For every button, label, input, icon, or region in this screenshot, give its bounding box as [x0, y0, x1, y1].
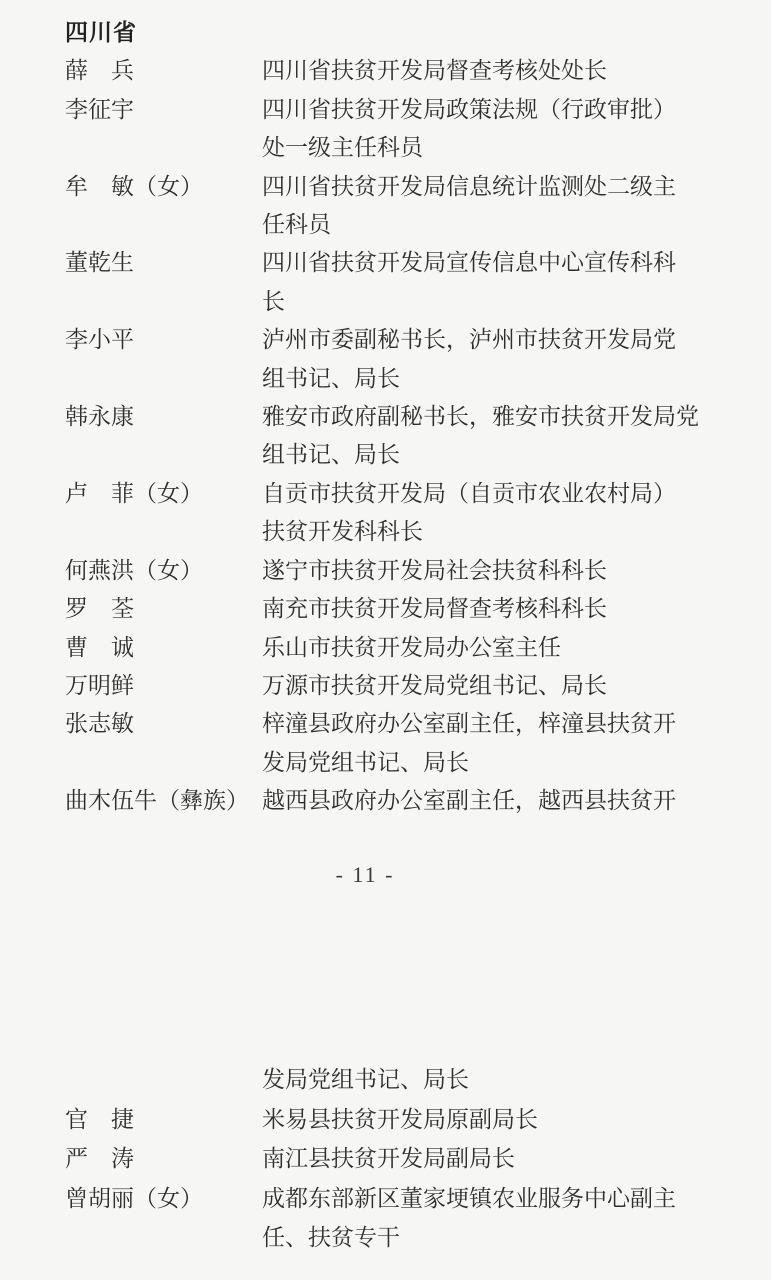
list-item: 韩永康 雅安市政府副秘书长，雅安市扶贫开发局党 组书记、局长: [65, 398, 731, 475]
person-title: 四川省扶贫开发局督查考核处处长: [262, 52, 731, 90]
person-title: 自贡市扶贫开发局（自贡市农业农村局） 扶贫开发科科长: [262, 475, 731, 552]
title-line: 乐山市扶贫开发局办公室主任: [262, 629, 731, 667]
title-line: 组书记、局长: [262, 360, 731, 398]
list-item: 李征宇 四川省扶贫开发局政策法规（行政审批） 处一级主任科员: [65, 91, 731, 168]
title-line: 自贡市扶贫开发局（自贡市农业农村局）: [262, 475, 731, 513]
list-item: 官 捷 米易县扶贫开发局原副局长: [65, 1100, 731, 1140]
title-line: 米易县扶贫开发局原副局长: [262, 1100, 731, 1140]
person-title: 梓潼县政府办公室副主任，梓潼县扶贫开 发局党组书记、局长: [262, 705, 731, 782]
list-item-continuation: 发局党组书记、局长: [65, 1060, 731, 1100]
title-line: 四川省扶贫开发局政策法规（行政审批）: [262, 91, 731, 129]
person-title: 四川省扶贫开发局信息统计监测处二级主 任科员: [262, 168, 731, 245]
page-number: - 11 -: [0, 860, 730, 890]
title-line: 泸州市委副秘书长，泸州市扶贫开发局党: [262, 321, 731, 359]
person-title: 越西县政府办公室副主任，越西县扶贫开: [262, 782, 731, 820]
person-name: 严 涛: [65, 1139, 262, 1179]
person-title: 乐山市扶贫开发局办公室主任: [262, 629, 731, 667]
title-line: 四川省扶贫开发局信息统计监测处二级主: [262, 168, 731, 206]
person-title: 泸州市委副秘书长，泸州市扶贫开发局党 组书记、局长: [262, 321, 731, 398]
title-line: 雅安市政府副秘书长，雅安市扶贫开发局党: [262, 398, 731, 436]
person-title: 成都东部新区董家埂镇农业服务中心副主 任、扶贫专干: [262, 1179, 731, 1258]
person-name: 李征宇: [65, 91, 262, 129]
person-name: 董乾生: [65, 244, 262, 282]
document-page: 四川省 薛 兵 四川省扶贫开发局督查考核处处长 李征宇 四川省扶贫开发局政策法规…: [0, 0, 771, 1280]
title-line: 组书记、局长: [262, 436, 731, 474]
list-item: 严 涛 南江县扶贫开发局副局长: [65, 1139, 731, 1179]
title-line: 四川省扶贫开发局督查考核处处长: [262, 52, 731, 90]
person-name: 何燕洪（女）: [65, 552, 262, 590]
title-line: 南江县扶贫开发局副局长: [262, 1139, 731, 1179]
title-line: 四川省扶贫开发局宣传信息中心宣传科科: [262, 244, 731, 282]
list-item: 卢 菲（女） 自贡市扶贫开发局（自贡市农业农村局） 扶贫开发科科长: [65, 475, 731, 552]
person-name: 万明鲜: [65, 667, 262, 705]
list-item: 董乾生 四川省扶贫开发局宣传信息中心宣传科科 长: [65, 244, 731, 321]
title-line: 扶贫开发科科长: [262, 513, 731, 551]
list-item: 曾胡丽（女） 成都东部新区董家埂镇农业服务中心副主 任、扶贫专干: [65, 1179, 731, 1258]
person-name: 薛 兵: [65, 52, 262, 90]
title-line: 长: [262, 283, 731, 321]
person-name: 韩永康: [65, 398, 262, 436]
title-line: 梓潼县政府办公室副主任，梓潼县扶贫开: [262, 705, 731, 743]
list-item: 罗 荃 南充市扶贫开发局督查考核科科长: [65, 590, 731, 628]
title-line: 遂宁市扶贫开发局社会扶贫科科长: [262, 552, 731, 590]
list-item: 何燕洪（女） 遂宁市扶贫开发局社会扶贫科科长: [65, 552, 731, 590]
title-line: 处一级主任科员: [262, 129, 731, 167]
page1-content: 四川省 薛 兵 四川省扶贫开发局督查考核处处长 李征宇 四川省扶贫开发局政策法规…: [65, 14, 731, 821]
title-continuation-line: 发局党组书记、局长: [262, 1060, 731, 1100]
person-title: 雅安市政府副秘书长，雅安市扶贫开发局党 组书记、局长: [262, 398, 731, 475]
person-title: 四川省扶贫开发局政策法规（行政审批） 处一级主任科员: [262, 91, 731, 168]
title-line: 万源市扶贫开发局党组书记、局长: [262, 667, 731, 705]
title-line: 南充市扶贫开发局督查考核科科长: [262, 590, 731, 628]
province-heading: 四川省: [65, 14, 731, 52]
title-line: 发局党组书记、局长: [262, 744, 731, 782]
person-title: 南充市扶贫开发局督查考核科科长: [262, 590, 731, 628]
person-name: 曹 诚: [65, 629, 262, 667]
person-title: 发局党组书记、局长: [262, 1060, 731, 1100]
list-item: 万明鲜 万源市扶贫开发局党组书记、局长: [65, 667, 731, 705]
person-title: 南江县扶贫开发局副局长: [262, 1139, 731, 1179]
title-line: 成都东部新区董家埂镇农业服务中心副主: [262, 1179, 731, 1219]
title-line: 越西县政府办公室副主任，越西县扶贫开: [262, 782, 731, 820]
person-name: 李小平: [65, 321, 262, 359]
list-item: 曲木伍牛（彝族） 越西县政府办公室副主任，越西县扶贫开: [65, 782, 731, 820]
list-item: 张志敏 梓潼县政府办公室副主任，梓潼县扶贫开 发局党组书记、局长: [65, 705, 731, 782]
page2-content: 发局党组书记、局长 官 捷 米易县扶贫开发局原副局长 严 涛 南江县扶贫开发局副…: [65, 1060, 731, 1258]
person-name: 曾胡丽（女）: [65, 1179, 262, 1219]
person-name: 张志敏: [65, 705, 262, 743]
title-line: 任、扶贫专干: [262, 1218, 731, 1258]
list-item: 薛 兵 四川省扶贫开发局督查考核处处长: [65, 52, 731, 90]
person-name: 曲木伍牛（彝族）: [65, 782, 262, 820]
person-title: 万源市扶贫开发局党组书记、局长: [262, 667, 731, 705]
person-name: 罗 荃: [65, 590, 262, 628]
list-item: 李小平 泸州市委副秘书长，泸州市扶贫开发局党 组书记、局长: [65, 321, 731, 398]
person-title: 遂宁市扶贫开发局社会扶贫科科长: [262, 552, 731, 590]
title-line: 任科员: [262, 206, 731, 244]
person-title: 米易县扶贫开发局原副局长: [262, 1100, 731, 1140]
list-item: 曹 诚 乐山市扶贫开发局办公室主任: [65, 629, 731, 667]
list-item: 牟 敏（女） 四川省扶贫开发局信息统计监测处二级主 任科员: [65, 168, 731, 245]
person-title: 四川省扶贫开发局宣传信息中心宣传科科 长: [262, 244, 731, 321]
person-name: 官 捷: [65, 1100, 262, 1140]
person-name: 牟 敏（女）: [65, 168, 262, 206]
person-name: 卢 菲（女）: [65, 475, 262, 513]
